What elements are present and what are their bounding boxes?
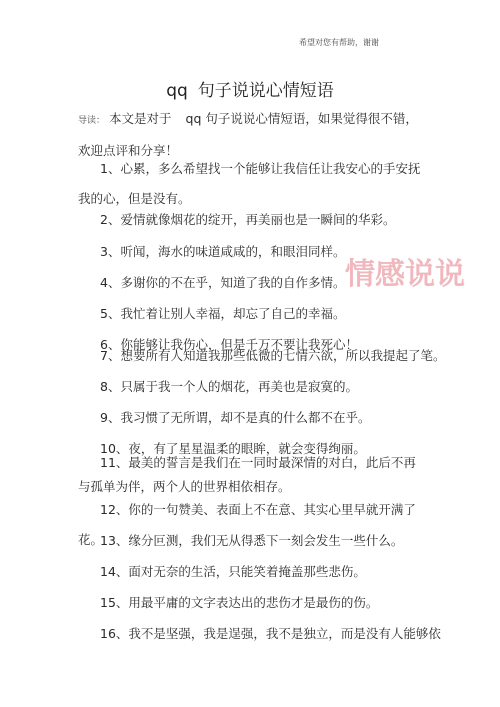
item-number: 13 — [100, 533, 116, 548]
document-title: qq句子说说心情短语 — [0, 76, 500, 101]
list-item: 9、我习惯了无所谓，却不是真的什么都不在乎。 — [78, 403, 428, 433]
intro-text-after: 句子说说心情短语，如果觉得很不错， — [205, 111, 418, 126]
list-item: 15、用最平庸的文字表达出的悲伤才是最伤的伤。 — [78, 588, 428, 618]
title-prefix: qq — [166, 81, 188, 101]
intro-label: 导读： — [78, 116, 105, 126]
intro-text: 本文是对于 — [109, 111, 172, 126]
item-number: 14 — [100, 564, 116, 579]
list-item: 2、爱情就像烟花的绽开，再美丽也是一瞬间的华彩。 — [78, 205, 428, 235]
item-text: 、想要所有人知道我那些低微的七情六欲，所以我提起了笔。 — [108, 348, 446, 363]
list-item: 13、缘分叵测，我们无从得悉下一刻会发生一些什么。 — [78, 526, 438, 556]
title-text: 句子说说心情短语 — [198, 81, 334, 101]
list-item: 3、听闻，海水的味道咸咸的，和眼泪同样。 — [78, 237, 428, 267]
item-text: 、听闻，海水的味道咸咸的，和眼泪同样。 — [108, 244, 346, 259]
item-text: 、面对无奈的生活，只能笑着掩盖那些悲伤。 — [116, 564, 366, 579]
item-text: 、爱情就像烟花的绽开，再美丽也是一瞬间的华彩。 — [108, 212, 396, 227]
item-number: 11 — [100, 455, 116, 470]
item-number: 2 — [100, 212, 108, 227]
item-text: 、心累，多么希望找一个能够让我信任让我安心的手安抚我的心，但是没有。 — [78, 161, 420, 206]
list-item: 4、多谢你的不在乎，知道了我的自作多情。 — [78, 268, 428, 298]
item-number: 3 — [100, 244, 108, 259]
item-text: 、缘分叵测，我们无从得悉下一刻会发生一些什么。 — [116, 533, 404, 548]
item-number: 15 — [100, 595, 116, 610]
item-text: 、我习惯了无所谓，却不是真的什么都不在乎。 — [108, 410, 371, 425]
item-text: 、我忙着让别人幸福，却忘了自己的幸福。 — [108, 306, 346, 321]
item-number: 7 — [100, 348, 108, 363]
item-number: 5 — [100, 306, 108, 321]
item-number: 8 — [100, 379, 108, 394]
page-header-note: 希望对您有帮助，谢谢 — [299, 37, 379, 48]
list-item: 5、我忙着让别人幸福，却忘了自己的幸福。 — [78, 299, 428, 329]
item-number: 16 — [100, 626, 116, 641]
item-number: 12 — [100, 502, 116, 517]
intro-qq: qq — [186, 111, 202, 126]
item-text: 、我不是坚强，我是逞强，我不是独立，而是没有人能够依 — [116, 626, 441, 641]
list-item: 7、想要所有人知道我那些低微的七情六欲，所以我提起了笔。 — [78, 341, 458, 371]
item-number: 1 — [100, 161, 108, 176]
item-text: 、最美的誓言是我们在一同时最深情的对白，此后不再与孤单为伴，两个人的世界相依相存… — [78, 455, 416, 494]
list-item: 16、我不是坚强，我是逞强，我不是独立，而是没有人能够依 — [78, 619, 458, 649]
item-number: 4 — [100, 275, 108, 290]
item-number: 9 — [100, 410, 108, 425]
item-text: 、用最平庸的文字表达出的悲伤才是最伤的伤。 — [116, 595, 379, 610]
list-item: 8、只属于我一个人的烟花，再美也是寂寞的。 — [78, 372, 428, 402]
item-text: 、只属于我一个人的烟花，再美也是寂寞的。 — [108, 379, 358, 394]
item-text: 、多谢你的不在乎，知道了我的自作多情。 — [108, 275, 346, 290]
list-item: 11、最美的誓言是我们在一同时最深情的对白，此后不再与孤单为伴，两个人的世界相依… — [78, 451, 418, 499]
list-item: 14、面对无奈的生活，只能笑着掩盖那些悲伤。 — [78, 557, 428, 587]
